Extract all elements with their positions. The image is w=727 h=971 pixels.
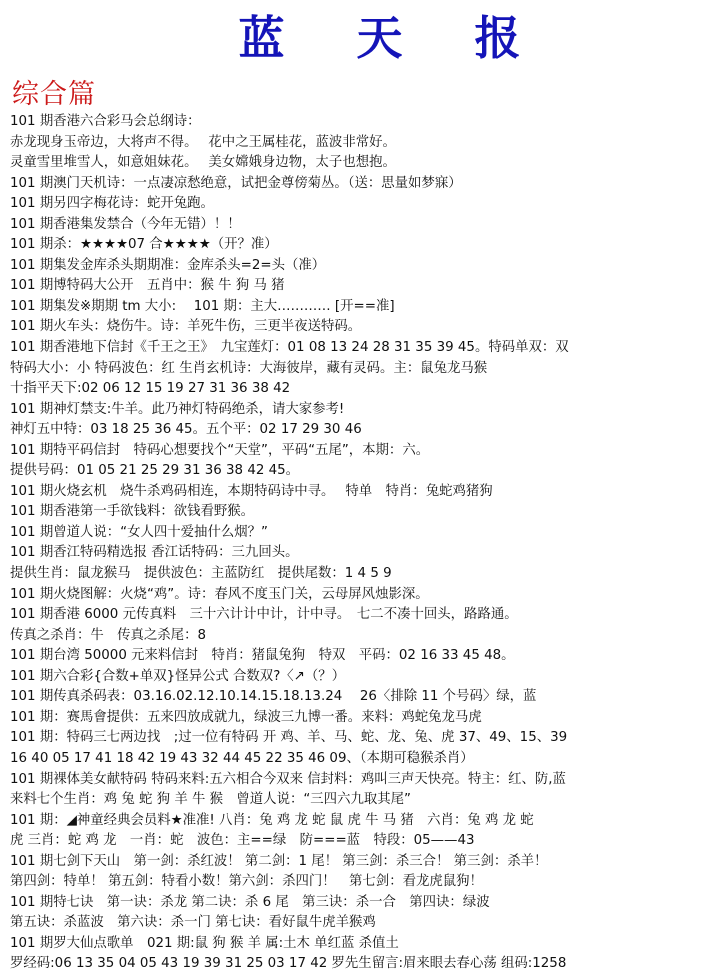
- text-line: 101 期曾道人说：“女人四十爱抽什么烟？”: [10, 523, 725, 544]
- text-line: 101 期杀：★★★★07 合★★★★（开？准）: [10, 235, 725, 256]
- text-line: 101 期神灯禁支:牛羊。此乃神灯特码绝杀，请大家参考!: [10, 400, 725, 421]
- title-char-2: 天: [357, 2, 403, 68]
- section-title: 综合篇: [12, 72, 96, 111]
- text-line: 101 期香港 6000 元传真料 三十六计计中计，计中寻。 七二不凑十回头，路…: [10, 605, 725, 626]
- text-line: 101 期罗大仙点歌单 021 期:鼠 狗 猴 羊 属:土木 单红蓝 杀值土: [10, 934, 725, 955]
- text-line: 传真之杀肖：牛 传真之杀尾：8: [10, 626, 725, 647]
- title-char-3: 报: [475, 2, 521, 68]
- text-line: 101 期：赛馬會提供：五来四放成就九，绿波三九博一番。来料：鸡蛇兔龙马虎: [10, 708, 725, 729]
- text-line: 101 期火烧图解：火烧“鸡”。诗：春风不度玉门关，云母屏风烛影深。: [10, 585, 725, 606]
- text-line: 101 期香港地下信封《千王之王》 九宝莲灯：01 08 13 24 28 31…: [10, 338, 725, 359]
- text-line: 虎 三肖：蛇 鸡 龙 一肖：蛇 波色：主==绿 防===蓝 特段：05——43: [10, 831, 725, 852]
- text-line: 提供号码：01 05 21 25 29 31 36 38 42 45。: [10, 461, 725, 482]
- text-line: 101 期集发※期期 tm 大小: 101 期：主大………… [开==准]: [10, 297, 725, 318]
- text-line: 101 期博特码大公开 五肖中：猴 牛 狗 马 猪: [10, 276, 725, 297]
- text-line: 提供生肖：鼠龙猴马 提供波色：主蓝防红 提供尾数：1 4 5 9: [10, 564, 725, 585]
- text-line: 101 期集发金库杀头期期准：金库杀头=2=头（准）: [10, 256, 725, 277]
- text-line: 101 期特七诀 第一诀：杀龙 第二诀：杀 6 尾 第三诀：杀一合 第四诀：绿波: [10, 893, 725, 914]
- text-line: 101 期特平码信封 特码心想要找个“天堂”，平码“五尾”，本期：六。: [10, 441, 725, 462]
- title-char-1: 蓝: [238, 2, 284, 68]
- text-line: 第四剑：特单！ 第五剑：特看小数！第六剑：杀四门！ 第七剑：看龙虎鼠狗！: [10, 872, 725, 893]
- text-line: 101 期：◢神童经典会员料★准准! 八肖：兔 鸡 龙 蛇 鼠 虎 牛 马 猪 …: [10, 811, 725, 832]
- text-line: 101 期另四字梅花诗：蛇开兔跑。: [10, 194, 725, 215]
- text-line: 罗经码:06 13 35 04 05 43 19 39 31 25 03 17 …: [10, 954, 725, 971]
- text-line: 101 期六合彩{合数+单双}怪异公式 合数双?〈↗（？）: [10, 667, 725, 688]
- text-line: 101 期：特码三七两边找 ;过一位有特码 开 鸡、羊、马、蛇、龙、兔、虎 37…: [10, 728, 725, 749]
- text-line: 101 期裸体美女献特码 特码来料:五六相合今双来 信封料：鸡叫三声天快亮。特主…: [10, 770, 725, 791]
- text-line: 第五诀：杀蓝波 第六诀：杀一门 第七诀：看好鼠牛虎羊猴鸡: [10, 913, 725, 934]
- text-line: 101 期香港集发禁合（今年无错）！！: [10, 215, 725, 236]
- text-line: 101 期香港第一手欲钱料：欲钱看野猴。: [10, 502, 725, 523]
- text-line: 101 期香江特码精选报 香江话特码：三九回头。: [10, 543, 725, 564]
- text-line: 特码大小：小 特码波色：红 生肖玄机诗：大海彼岸，藏有灵码。主：鼠兔龙马猴: [10, 359, 725, 380]
- text-line: 101 期澳门天机诗：一点凄凉愁绝意，试把金尊傍菊丛。（送：思量如梦寐）: [10, 174, 725, 195]
- text-line: 101 期传真杀码表：03.16.02.12.10.14.15.18.13.24…: [10, 687, 725, 708]
- text-line: 来料七个生肖：鸡 兔 蛇 狗 羊 牛 猴 曾道人说：“三四六九取其尾”: [10, 790, 725, 811]
- content-body: 101 期香港六合彩马会总纲诗：赤龙现身玉帝边，大将声不得。 花中之王属桂花，蓝…: [10, 112, 725, 971]
- text-line: 101 期七剑下天山 第一剑：杀红波！ 第二剑：1 尾！ 第三剑：杀三合！ 第三…: [10, 852, 725, 873]
- text-line: 16 40 05 17 41 18 42 19 43 32 44 45 22 3…: [10, 749, 725, 770]
- text-line: 赤龙现身玉帝边，大将声不得。 花中之王属桂花，蓝波非常好。: [10, 133, 725, 154]
- text-line: 101 期火烧玄机 烧牛杀鸡码相连，本期特码诗中寻。 特单 特肖：兔蛇鸡猪狗: [10, 482, 725, 503]
- text-line: 101 期台湾 50000 元来料信封 特肖：猪鼠兔狗 特双 平码：02 16 …: [10, 646, 725, 667]
- text-line: 十指平天下:02 06 12 15 19 27 31 36 38 42: [10, 379, 725, 400]
- text-line: 神灯五中特：03 18 25 36 45。五个平：02 17 29 30 46: [10, 420, 725, 441]
- page-title: 蓝 天 报: [0, 2, 727, 64]
- text-line: 101 期香港六合彩马会总纲诗：: [10, 112, 725, 133]
- text-line: 101 期火车头：烧伤牛。诗：羊死牛伤，三更半夜送特码。: [10, 317, 725, 338]
- text-line: 灵童雪里堆雪人，如意姐妹花。 美女嫦娥身边物，太子也想抱。: [10, 153, 725, 174]
